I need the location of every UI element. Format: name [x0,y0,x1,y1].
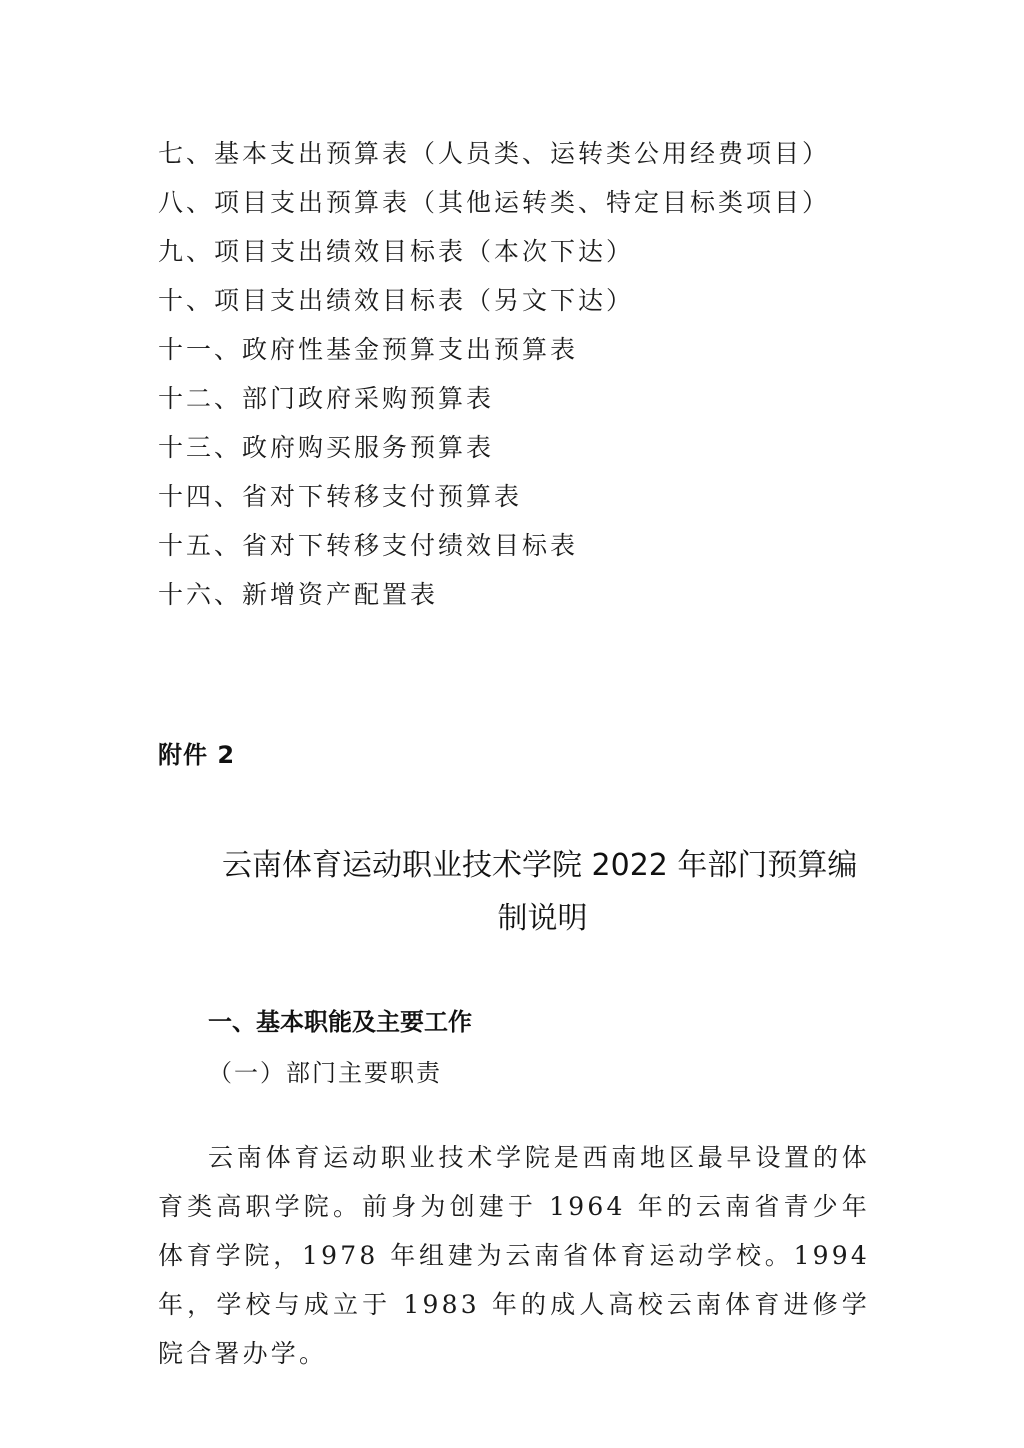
list-item: 八、项目支出预算表（其他运转类、特定目标类项目） [158,183,830,232]
list-item: 七、基本支出预算表（人员类、运转类公用经费项目） [158,134,830,183]
attachment-label: 附件 2 [158,735,235,770]
body-paragraph: 云南体育运动职业技术学院是西南地区最早设置的体育类高职学院。前身为创建于 196… [158,1133,870,1378]
attachment-list: 七、基本支出预算表（人员类、运转类公用经费项目） 八、项目支出预算表（其他运转类… [158,134,830,624]
list-item: 十、项目支出绩效目标表（另文下达） [158,281,830,330]
list-item: 十六、新增资产配置表 [158,575,830,624]
document-title-line-2: 制说明 [150,893,935,937]
document-page: 七、基本支出预算表（人员类、运转类公用经费项目） 八、项目支出预算表（其他运转类… [0,0,1024,1448]
section-heading: 一、基本职能及主要工作 [208,1002,472,1037]
list-item: 十三、政府购买服务预算表 [158,428,830,477]
list-item: 十二、部门政府采购预算表 [158,379,830,428]
list-item: 九、项目支出绩效目标表（本次下达） [158,232,830,281]
list-item: 十四、省对下转移支付预算表 [158,477,830,526]
document-title-line-1: 云南体育运动职业技术学院 2022 年部门预算编 [160,840,920,884]
list-item: 十五、省对下转移支付绩效目标表 [158,526,830,575]
sub-heading: （一）部门主要职责 [208,1053,442,1088]
list-item: 十一、政府性基金预算支出预算表 [158,330,830,379]
